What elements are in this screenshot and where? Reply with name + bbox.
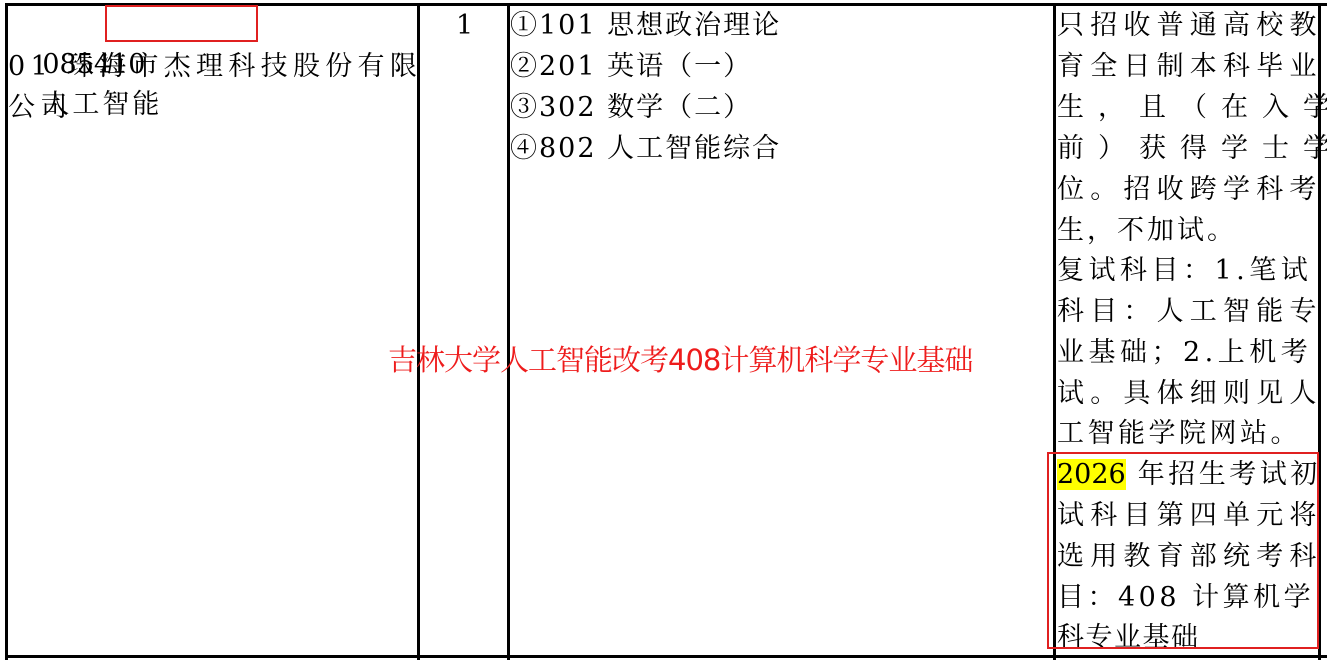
- notice-highlight-box: [1047, 452, 1319, 649]
- research-direction-line2: 公司: [8, 88, 73, 129]
- annotation-caption: 吉林大学人工智能改考408计算机科学专业基础: [388, 338, 972, 379]
- enrollment-quota: 1: [456, 6, 475, 47]
- remarks-line: 试。具体细则见人: [1057, 374, 1323, 415]
- research-direction-line1: 01 珠海市杰理科技股份有限: [8, 47, 422, 88]
- remarks-line: 位。招收跨学科考: [1057, 170, 1323, 211]
- remarks-line: 复试科目：1.笔试: [1057, 251, 1312, 292]
- exam-subject-item: ④802 人工智能综合: [510, 129, 781, 170]
- remarks-line: 科目：人工智能专: [1057, 292, 1323, 333]
- remarks-line: 生，不加试。: [1057, 211, 1237, 252]
- exam-subject-item: ①101 思想政治理论: [510, 6, 781, 47]
- remarks-line: 工智能学院网站。: [1057, 414, 1301, 455]
- major-name-highlight-box: [105, 5, 258, 42]
- exam-subject-item: ③302 数学（二）: [510, 88, 752, 129]
- remarks-line: 前）获得学士学: [1057, 129, 1327, 170]
- column-divider-quota: [417, 3, 420, 660]
- remarks-line: 业基础；2.上机考: [1057, 333, 1312, 374]
- remarks-line: 只招收普通高校教: [1057, 6, 1323, 47]
- remarks-line: 生，且（在入学: [1057, 88, 1327, 129]
- exam-subject-item: ②201 英语（一）: [510, 47, 752, 88]
- remarks-line: 育全日制本科毕业: [1057, 47, 1323, 88]
